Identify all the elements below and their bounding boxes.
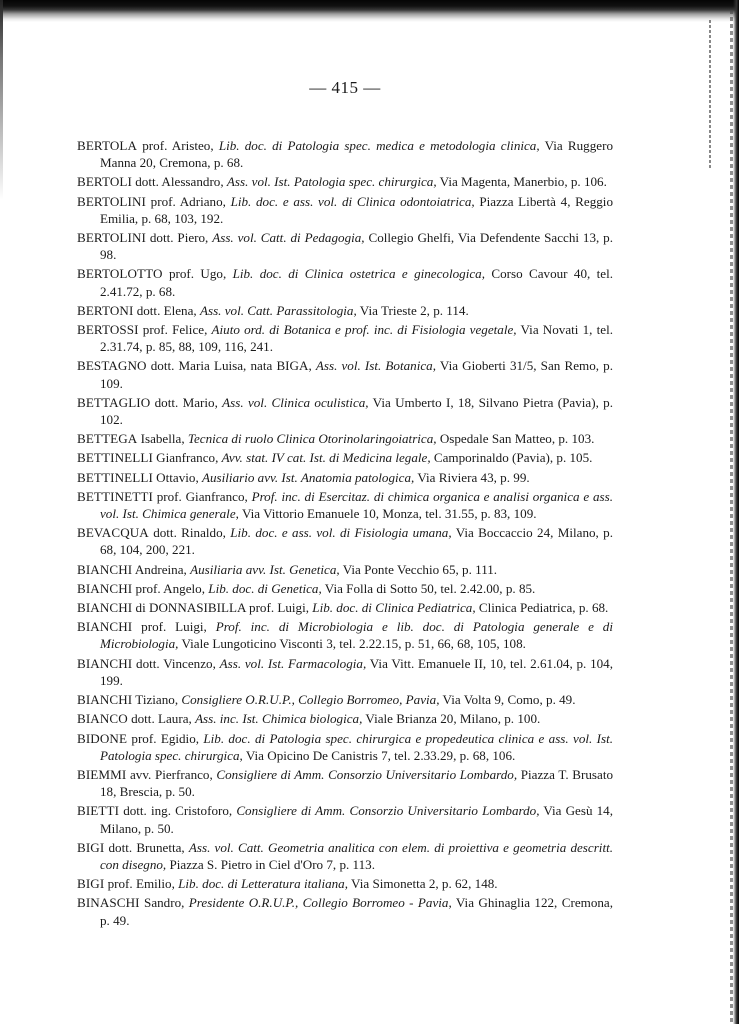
scan-shadow-top [0, 0, 739, 22]
entry-text: Via Vittorio Emanuele 10, Monza, tel. 31… [239, 506, 537, 521]
entry-title: Ass. vol. Ist. Patologia spec. chirurgic… [227, 174, 437, 189]
entry-surname: BIEMMI [77, 767, 126, 782]
directory-entry: BERTOSSI prof. Felice, Aiuto ord. di Bot… [77, 321, 613, 355]
entry-title: Lib. doc. e ass. vol. di Fisiologia uman… [230, 525, 451, 540]
entry-surname: BESTAGNO [77, 358, 147, 373]
entry-title: Ass. inc. Ist. Chimica biologica, [195, 711, 362, 726]
entry-text: prof. Emilio, [104, 876, 178, 891]
entry-text: dott. Alessandro, [132, 174, 227, 189]
entry-surname: BERTOLA [77, 138, 137, 153]
entry-text: Via Ponte Vecchio 65, p. 111. [340, 562, 497, 577]
entry-text: dott. Piero, [146, 230, 212, 245]
directory-entry: BIANCHI di DONNASIBILLA prof. Luigi, Lib… [77, 599, 613, 616]
entry-surname: BIETTI [77, 803, 119, 818]
entry-title: Consigliere di Amm. Consorzio Universita… [236, 803, 539, 818]
entry-title: Presidente O.R.U.P., Collegio Borromeo -… [189, 895, 452, 910]
directory-entry: BERTOLA prof. Aristeo, Lib. doc. di Pato… [77, 137, 613, 171]
entry-text: prof. Felice, [139, 322, 212, 337]
entry-title: Lib. doc. di Patologia spec. medica e me… [219, 138, 540, 153]
directory-entry: BERTOLOTTO prof. Ugo, Lib. doc. di Clini… [77, 265, 613, 299]
entry-text: Sandro, [140, 895, 189, 910]
scan-artifact-right [709, 20, 711, 170]
entry-text: Gianfranco, [153, 450, 222, 465]
entry-text: dott. Elena, [133, 303, 200, 318]
entry-surname: BINASCHI [77, 895, 140, 910]
entry-text: dott. Maria Luisa, nata BIGA, [147, 358, 316, 373]
directory-entry: BERTOLINI dott. Piero, Ass. vol. Catt. d… [77, 229, 613, 263]
directory-entry: BETTINELLI Ottavio, Ausiliario avv. Ist.… [77, 469, 613, 486]
entry-text: Isabella, [137, 431, 188, 446]
entry-surname: BETTAGLIO [77, 395, 150, 410]
entry-text: di DONNASIBILLA prof. Luigi, [132, 600, 312, 615]
entry-text: Via Volta 9, Como, p. 49. [440, 692, 576, 707]
entry-title: Lib. doc. di Letteratura italiana, [178, 876, 348, 891]
entry-title: Ass. vol. Ist. Farmacologia, [220, 656, 367, 671]
entry-text: Via Folla di Sotto 50, tel. 2.42.00, p. … [322, 581, 536, 596]
entry-title: Aiuto ord. di Botanica e prof. inc. di F… [212, 322, 517, 337]
entry-surname: BIANCHI [77, 581, 132, 596]
directory-entry: BIANCHI Andreina, Ausiliaria avv. Ist. G… [77, 561, 613, 578]
entry-surname: BIANCO [77, 711, 128, 726]
entry-title: Ass. vol. Ist. Botanica, [316, 358, 436, 373]
entry-surname: BIANCHI [77, 692, 132, 707]
entry-surname: BETTINELLI [77, 450, 153, 465]
entry-surname: BEVACQUA [77, 525, 149, 540]
entry-title: Ausiliaria avv. Ist. Genetica, [190, 562, 340, 577]
entry-surname: BERTONI [77, 303, 133, 318]
entry-surname: BETTINETTI [77, 489, 153, 504]
directory-entry: BIEMMI avv. Pierfranco, Consigliere di A… [77, 766, 613, 800]
entry-text: dott. Mario, [150, 395, 222, 410]
entry-text: Via Riviera 43, p. 99. [414, 470, 529, 485]
entry-surname: BETTEGA [77, 431, 137, 446]
entry-title: Lib. doc. di Clinica Pediatrica, [312, 600, 475, 615]
entry-text: Clinica Pediatrica, p. 68. [476, 600, 609, 615]
entry-text: prof. Gianfranco, [153, 489, 252, 504]
directory-entry: BETTEGA Isabella, Tecnica di ruolo Clini… [77, 430, 613, 447]
scan-edge-left [0, 0, 3, 1024]
entry-text: dott. ing. Cristoforo, [119, 803, 236, 818]
directory-entry: BIANCHI prof. Luigi, Prof. inc. di Micro… [77, 618, 613, 652]
entry-title: Lib. doc. di Clinica ostetrica e ginecol… [233, 266, 485, 281]
directory-entry: BIGI prof. Emilio, Lib. doc. di Letterat… [77, 875, 613, 892]
entry-title: Consigliere di Amm. Consorzio Universita… [216, 767, 517, 782]
entry-text: Ottavio, [153, 470, 202, 485]
entry-surname: BERTOLI [77, 174, 132, 189]
entry-text: prof. Adriano, [146, 194, 231, 209]
entry-title: Ass. vol. Catt. Parassitologia, [200, 303, 357, 318]
entry-title: Lib. doc. e ass. vol. di Clinica odontoi… [231, 194, 475, 209]
entry-text: Via Magenta, Manerbio, p. 106. [437, 174, 607, 189]
entry-text: Via Opicino De Canistris 7, tel. 2.33.29… [243, 748, 515, 763]
directory-entry: BERTOLINI prof. Adriano, Lib. doc. e ass… [77, 193, 613, 227]
entry-title: Lib. doc. di Genetica, [208, 581, 321, 596]
entry-text: Camporinaldo (Pavia), p. 105. [431, 450, 593, 465]
directory-entry: BETTINETTI prof. Gianfranco, Prof. inc. … [77, 488, 613, 522]
entry-text: prof. Aristeo, [137, 138, 219, 153]
directory-entry: BIANCHI Tiziano, Consigliere O.R.U.P., C… [77, 691, 613, 708]
entry-surname: BIDONE [77, 731, 127, 746]
entry-title: Ass. vol. Clinica oculistica, [222, 395, 368, 410]
entry-surname: BETTINELLI [77, 470, 153, 485]
entry-surname: BERTOSSI [77, 322, 139, 337]
directory-entry: BINASCHI Sandro, Presidente O.R.U.P., Co… [77, 894, 613, 928]
entry-surname: BIANCHI [77, 600, 132, 615]
entry-text: Tiziano, [132, 692, 181, 707]
page-number: — 415 — [0, 78, 690, 98]
entry-text: prof. Egidio, [127, 731, 203, 746]
entry-surname: BIGI [77, 876, 104, 891]
directory-entry: BERTOLI dott. Alessandro, Ass. vol. Ist.… [77, 173, 613, 190]
entry-text: dott. Vincenzo, [132, 656, 219, 671]
entry-text: Viale Lungoticino Visconti 3, tel. 2.22.… [178, 636, 525, 651]
entry-title: Tecnica di ruolo Clinica Otorinolaringoi… [188, 431, 437, 446]
entry-surname: BERTOLINI [77, 230, 146, 245]
entry-surname: BERTOLINI [77, 194, 146, 209]
entry-text: prof. Luigi, [132, 619, 215, 634]
entry-title: Avv. stat. IV cat. Ist. di Medicina lega… [222, 450, 431, 465]
directory-entry: BEVACQUA dott. Rinaldo, Lib. doc. e ass.… [77, 524, 613, 558]
entry-title: Consigliere O.R.U.P., Collegio Borromeo,… [181, 692, 439, 707]
scan-shadow-right [733, 0, 739, 1024]
entry-text: Via Simonetta 2, p. 62, 148. [348, 876, 498, 891]
entry-text: Andreina, [132, 562, 190, 577]
directory-entry: BIANCO dott. Laura, Ass. inc. Ist. Chimi… [77, 710, 613, 727]
entry-text: Via Trieste 2, p. 114. [357, 303, 469, 318]
entry-text: prof. Angelo, [132, 581, 208, 596]
directory-entry: BETTAGLIO dott. Mario, Ass. vol. Clinica… [77, 394, 613, 428]
entry-text: Ospedale San Matteo, p. 103. [437, 431, 595, 446]
entry-text: Piazza S. Pietro in Ciel d'Oro 7, p. 113… [166, 857, 375, 872]
entry-title: Ass. vol. Catt. di Pedagogia, [212, 230, 364, 245]
directory-entry: BIGI dott. Brunetta, Ass. vol. Catt. Geo… [77, 839, 613, 873]
entry-text: prof. Ugo, [163, 266, 233, 281]
directory-entry: BIDONE prof. Egidio, Lib. doc. di Patolo… [77, 730, 613, 764]
entry-surname: BIGI [77, 840, 104, 855]
directory-entry: BIETTI dott. ing. Cristoforo, Consiglier… [77, 802, 613, 836]
directory-entry: BIANCHI dott. Vincenzo, Ass. vol. Ist. F… [77, 655, 613, 689]
directory-entry: BERTONI dott. Elena, Ass. vol. Catt. Par… [77, 302, 613, 319]
entry-text: dott. Laura, [128, 711, 195, 726]
entry-text: dott. Brunetta, [104, 840, 189, 855]
directory-entry: BETTINELLI Gianfranco, Avv. stat. IV cat… [77, 449, 613, 466]
entry-surname: BIANCHI [77, 619, 132, 634]
entry-title: Ausiliario avv. Ist. Anatomia patologica… [202, 470, 414, 485]
entry-text: avv. Pierfranco, [126, 767, 216, 782]
directory-entry: BIANCHI prof. Angelo, Lib. doc. di Genet… [77, 580, 613, 597]
entry-surname: BIANCHI [77, 562, 132, 577]
directory-entries: BERTOLA prof. Aristeo, Lib. doc. di Pato… [77, 137, 613, 931]
entry-surname: BERTOLOTTO [77, 266, 163, 281]
entry-text: dott. Rinaldo, [149, 525, 230, 540]
entry-text: Viale Brianza 20, Milano, p. 100. [362, 711, 540, 726]
directory-entry: BESTAGNO dott. Maria Luisa, nata BIGA, A… [77, 357, 613, 391]
entry-surname: BIANCHI [77, 656, 132, 671]
